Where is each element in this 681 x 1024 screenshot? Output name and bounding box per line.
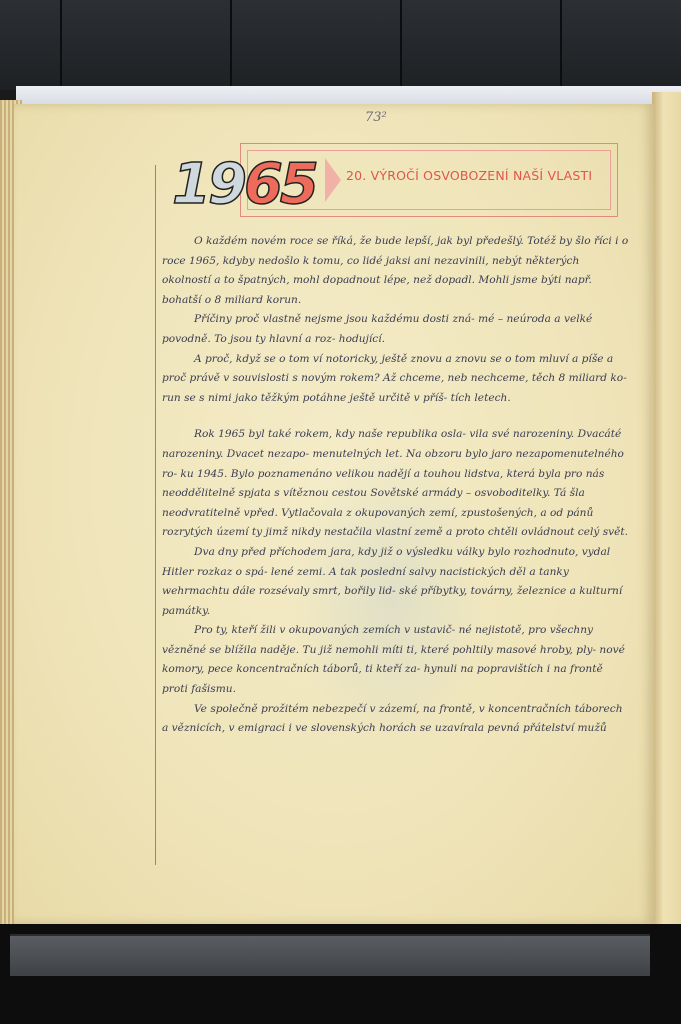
folio-number: 73² xyxy=(365,110,387,125)
anniversary-headline: 20. VÝROČÍ OSVOBOZENÍ NAŠÍ VLASTI xyxy=(346,168,592,183)
year-heading: 1965 xyxy=(172,150,316,220)
year-65: 65 xyxy=(244,152,316,217)
ceiling-slat xyxy=(560,0,562,90)
ceiling-slat xyxy=(60,0,62,90)
paragraph-6: Pro ty, kteří žili v okupovaných zemích … xyxy=(162,621,630,699)
background-ceiling xyxy=(0,0,681,90)
chevron-arrow-icon xyxy=(325,158,341,202)
paragraph-7: Ve společně prožitém nebezpečí v zázemí,… xyxy=(162,700,630,739)
ceiling-slat xyxy=(230,0,232,90)
scanner-rail xyxy=(10,934,650,976)
scanner-frame-top xyxy=(16,86,681,106)
paragraph-4: Rok 1965 byl také rokem, kdy naše republ… xyxy=(162,425,630,543)
paragraph-2: Příčiny proč vlastně nejsme jsou každému… xyxy=(162,310,630,349)
paragraph-5: Dva dny před příchodem jara, kdy již o v… xyxy=(162,543,630,621)
margin-rule xyxy=(155,165,156,865)
ceiling-slat xyxy=(400,0,402,90)
scanner-frame-bottom xyxy=(0,924,681,1024)
year-19: 19 xyxy=(172,152,244,217)
paragraph-1: O každém novém roce se říká, že bude lep… xyxy=(162,232,630,310)
handwritten-body: O každém novém roce se říká, že bude lep… xyxy=(162,232,630,739)
paragraph-3: A proč, když se o tom ví notoricky, ješt… xyxy=(162,350,630,409)
facing-page-edge xyxy=(652,92,681,924)
